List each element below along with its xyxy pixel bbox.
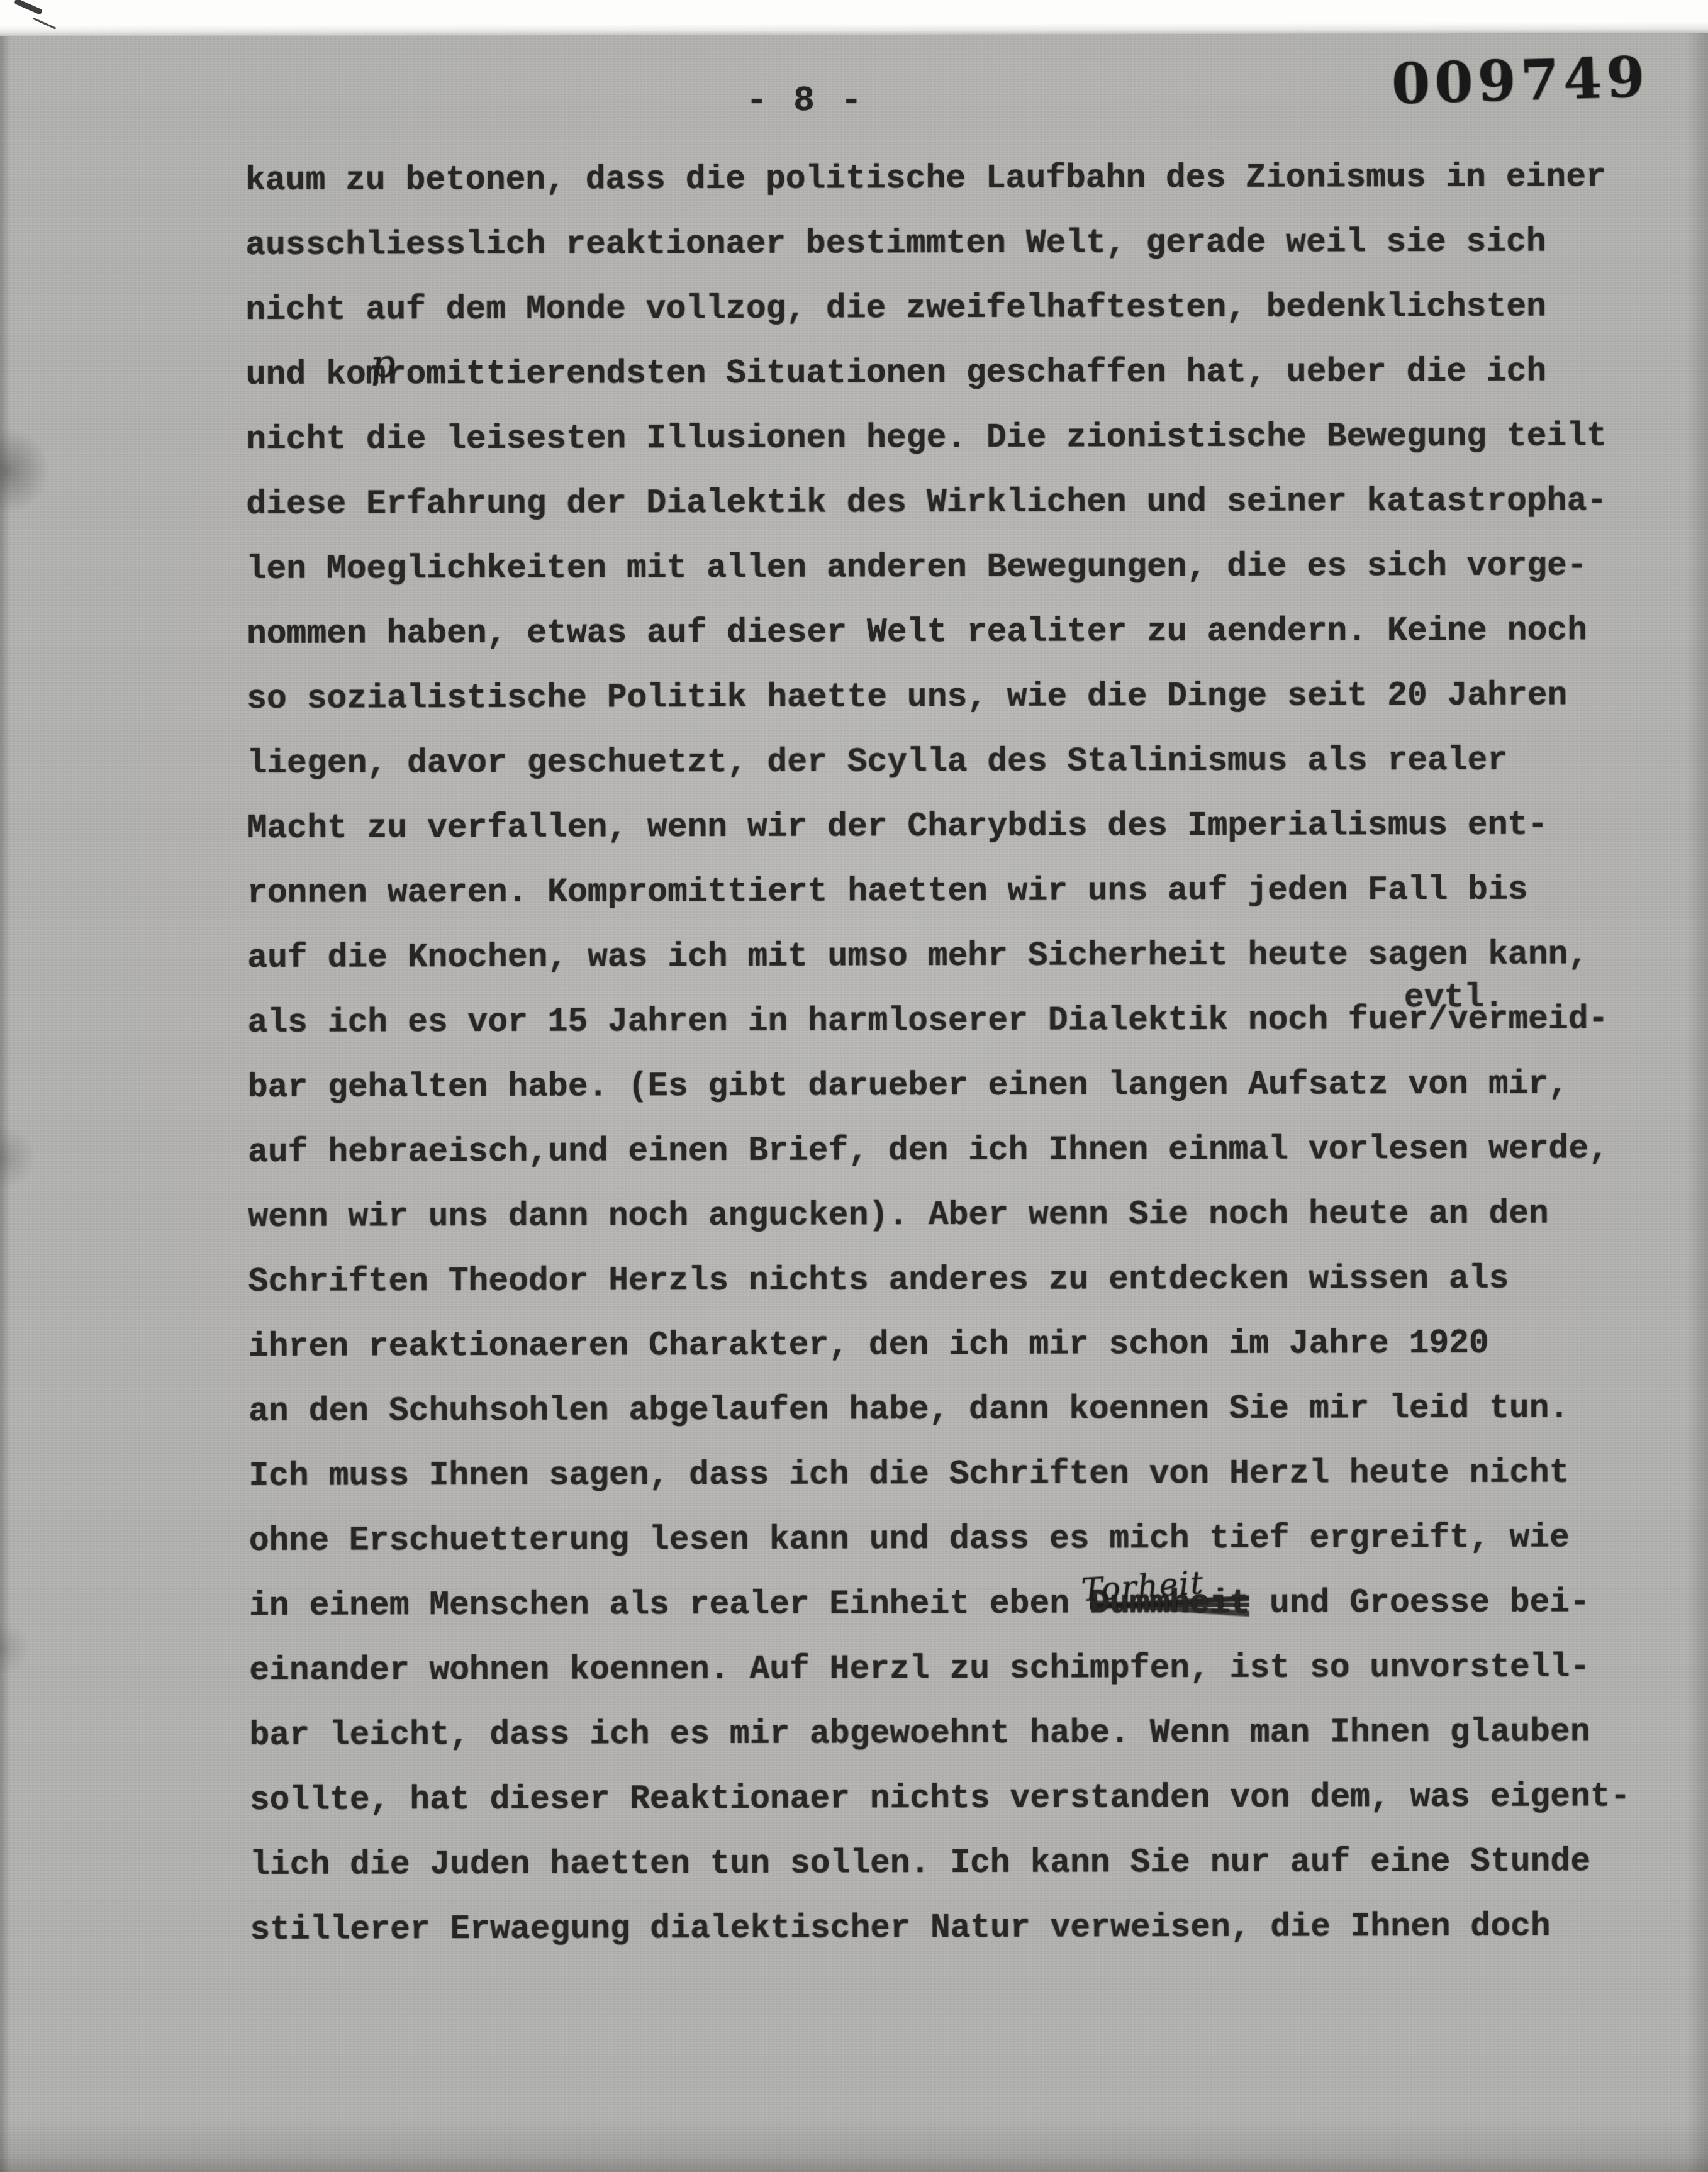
typed-text: nommen haben, etwas auf dieser Welt real… — [247, 611, 1587, 653]
typed-line: nicht auf dem Monde vollzog, die zweifel… — [246, 274, 1668, 343]
paper-top-edge — [0, 0, 1708, 36]
typed-text: kaum zu betonen, dass die politische Lau… — [245, 158, 1606, 199]
typed-line: nommen haben, etwas auf dieser Welt real… — [247, 598, 1668, 667]
handwritten-above-word: p — [370, 344, 396, 384]
typed-line: liegen, davor geschuetzt, der Scylla des… — [247, 728, 1668, 796]
typed-text: len Moeglichkeiten mit allen anderen Bew… — [247, 547, 1587, 588]
typed-above-word: evtl. — [1404, 981, 1504, 1015]
typed-line: kaum zu betonen, dass die politische Lau… — [245, 145, 1667, 213]
typed-line: ohne Erschuetterung lesen kann und dass … — [249, 1505, 1671, 1574]
typed-text: einander wohnen koennen. Auf Herzl zu sc… — [249, 1648, 1590, 1690]
typed-line: bar gehalten habe. (Es gibt darueber ein… — [248, 1052, 1670, 1120]
typed-text: nicht auf dem Monde vollzog, die zweifel… — [246, 288, 1546, 329]
typed-text: Macht zu verfallen, wenn wir der Charybd… — [247, 806, 1548, 847]
struck-word: DummheitTorheit — [1090, 1571, 1250, 1637]
typed-text: romittierendsten Situationen geschaffen … — [386, 353, 1547, 394]
typed-text: auf die Knochen, was ich mit umso mehr S… — [247, 935, 1588, 977]
scanned-page: 009749 - 8 - kaum zu betonen, dass die p… — [0, 0, 1708, 2172]
typed-text: als ich es vor 15 Jahren in harmloserer … — [248, 1001, 1448, 1042]
typed-text: bar leicht, dass ich es mir abgewoehnt h… — [250, 1713, 1590, 1754]
typed-text: auf hebraeisch,und einen Brief, den ich … — [248, 1130, 1609, 1171]
typed-line: auf hebraeisch,und einen Brief, den ich … — [248, 1117, 1670, 1185]
typed-line: in einem Menschen als realer Einheit ebe… — [249, 1570, 1671, 1639]
typed-line: und kompromittierendsten Situationen ges… — [246, 339, 1668, 408]
typed-text: ohne Erschuetterung lesen kann und dass … — [249, 1518, 1570, 1559]
typed-text: diese Erfahrung der Dialektik des Wirkli… — [246, 482, 1607, 523]
typed-text: in einem Menschen als realer Einheit ebe… — [249, 1584, 1090, 1624]
typed-line: ihren reaktionaeren Charakter, den ich m… — [248, 1311, 1670, 1379]
typed-line: sollte, hat dieser Reaktionaer nichts ve… — [250, 1764, 1672, 1833]
typed-text: ronnen waeren. Kompromittiert haetten wi… — [247, 871, 1528, 912]
typed-line: bar leicht, dass ich es mir abgewoehnt h… — [249, 1700, 1671, 1768]
typed-text: stillerer Erwaegung dialektischer Natur … — [250, 1908, 1550, 1949]
typed-text: Schriften Theodor Herzls nichts anderes … — [248, 1260, 1509, 1301]
typed-text: ausschliesslich reaktionaer bestimmten W… — [245, 223, 1546, 264]
typed-text: bar gehalten habe. (Es gibt darueber ein… — [248, 1065, 1568, 1106]
typed-text: ihren reaktionaeren Charakter, den ich m… — [248, 1325, 1489, 1366]
typed-line: ausschliesslich reaktionaer bestimmten W… — [245, 209, 1667, 278]
typed-text: Ich muss Ihnen sagen, dass ich die Schri… — [248, 1454, 1569, 1495]
typed-line: lich die Juden haetten tun sollen. Ich k… — [250, 1829, 1672, 1898]
typed-line: Schriften Theodor Herzls nichts anderes … — [248, 1246, 1670, 1315]
typed-line: ronnen waeren. Kompromittiert haetten wi… — [247, 857, 1669, 926]
typed-line: an den Schuhsohlen abgelaufen habe, dann… — [248, 1376, 1670, 1444]
document-stamp-number: 009749 — [1391, 44, 1644, 116]
typed-line: einander wohnen koennen. Auf Herzl zu sc… — [249, 1635, 1671, 1703]
typed-text: und kom — [246, 355, 386, 394]
handwritten-above-word: Torheit — [1081, 1568, 1205, 1607]
page-number: - 8 - — [746, 81, 864, 121]
typed-text: wenn wir uns dann noch angucken). Aber w… — [248, 1195, 1548, 1236]
typed-text: so sozialistische Politik haette uns, wi… — [247, 677, 1567, 718]
typed-text: liegen, davor geschuetzt, der Scylla des… — [247, 742, 1507, 782]
typed-line: Ich muss Ihnen sagen, dass ich die Schri… — [248, 1440, 1670, 1509]
typed-text: an den Schuhsohlen abgelaufen habe, dann… — [248, 1389, 1569, 1430]
typed-text: und Groesse bei- — [1249, 1583, 1590, 1622]
typewritten-text: kaum zu betonen, dass die politische Lau… — [245, 145, 1672, 1963]
typed-text: nicht die leisesten Illusionen hege. Die… — [246, 417, 1607, 459]
typed-line: Macht zu verfallen, wenn wir der Charybd… — [247, 793, 1669, 861]
typed-text: lich die Juden haetten tun sollen. Ich k… — [250, 1842, 1590, 1884]
typed-line: stillerer Erwaegung dialektischer Natur … — [250, 1894, 1672, 1963]
typed-line: len Moeglichkeiten mit allen anderen Bew… — [247, 533, 1668, 602]
typed-line: so sozialistische Politik haette uns, wi… — [247, 663, 1668, 732]
typed-line: als ich es vor 15 Jahren in harmloserer … — [248, 987, 1670, 1055]
typed-insertion: vermeid-evtl. — [1448, 987, 1609, 1052]
typed-text: sollte, hat dieser Reaktionaer nichts ve… — [250, 1778, 1631, 1819]
typed-line: wenn wir uns dann noch angucken). Aber w… — [248, 1181, 1670, 1250]
typed-line: diese Erfahrung der Dialektik des Wirkli… — [246, 469, 1668, 537]
typed-line: nicht die leisesten Illusionen hege. Die… — [246, 404, 1668, 472]
